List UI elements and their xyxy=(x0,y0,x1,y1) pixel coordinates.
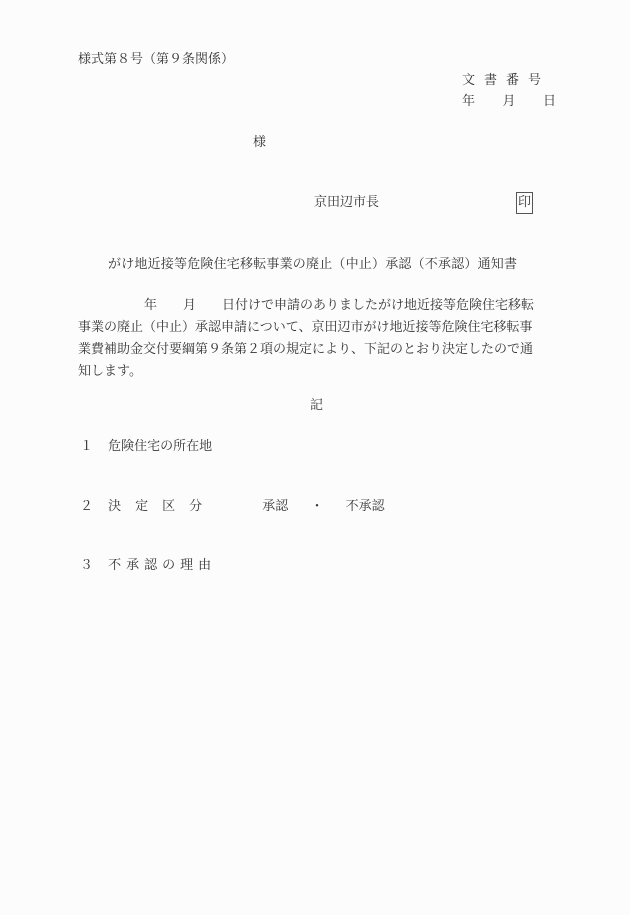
document-title: がけ地近接等危険住宅移転事業の廃止（中止）承認（不承認）通知書 xyxy=(108,257,517,273)
body-date-month: 月 xyxy=(183,295,196,317)
decision-options: 承認 ・ 不承認 xyxy=(262,499,384,515)
item-decision: ２ 決定区分 承認 ・ 不承認 xyxy=(80,499,385,515)
issuer-name: 京田辺市長 xyxy=(314,195,379,211)
addressee-suffix: 様 xyxy=(253,135,266,151)
item-reason: ３ 不承認の理由 xyxy=(80,558,216,574)
option-separator: ・ xyxy=(310,499,323,515)
body-line-3: 業費補助金交付要綱第９条第２項の規定により、下記のとおり決定したので通 xyxy=(78,339,558,361)
date-month-label: 月 xyxy=(502,94,515,110)
item-location: １ 危険住宅の所在地 xyxy=(80,439,212,455)
document-date: 年 月 日 xyxy=(462,94,556,110)
item-label: 決定区分 xyxy=(108,499,216,514)
date-year-label: 年 xyxy=(462,94,475,110)
item-number: ３ xyxy=(80,558,104,574)
option-reject: 不承認 xyxy=(346,499,385,514)
item-number: ２ xyxy=(80,499,104,515)
date-day-label: 日 xyxy=(543,94,556,110)
body-line-4: 知します。 xyxy=(78,361,558,383)
body-line-1: 年月日付けで申請のありましたがけ地近接等危険住宅移転 xyxy=(78,295,558,317)
body-paragraph: 年月日付けで申請のありましたがけ地近接等危険住宅移転 事業の廃止（中止）承認申請… xyxy=(78,295,558,383)
item-label: 不承認の理由 xyxy=(108,558,216,573)
form-number: 様式第８号（第９条関係） xyxy=(78,52,234,68)
document-number-label: 文書番号 xyxy=(462,73,550,89)
item-label: 危険住宅の所在地 xyxy=(108,439,212,454)
body-line-2: 事業の廃止（中止）承認申請について、京田辺市がけ地近接等危険住宅移転事 xyxy=(78,317,558,339)
item-number: １ xyxy=(80,439,104,455)
option-approve: 承認 xyxy=(262,499,288,514)
body-line-1-text: 日付けで申請のありましたがけ地近接等危険住宅移転 xyxy=(222,295,534,317)
ki-heading: 記 xyxy=(310,398,323,414)
body-date-year: 年 xyxy=(144,295,157,317)
seal-box: 印 xyxy=(516,192,533,214)
